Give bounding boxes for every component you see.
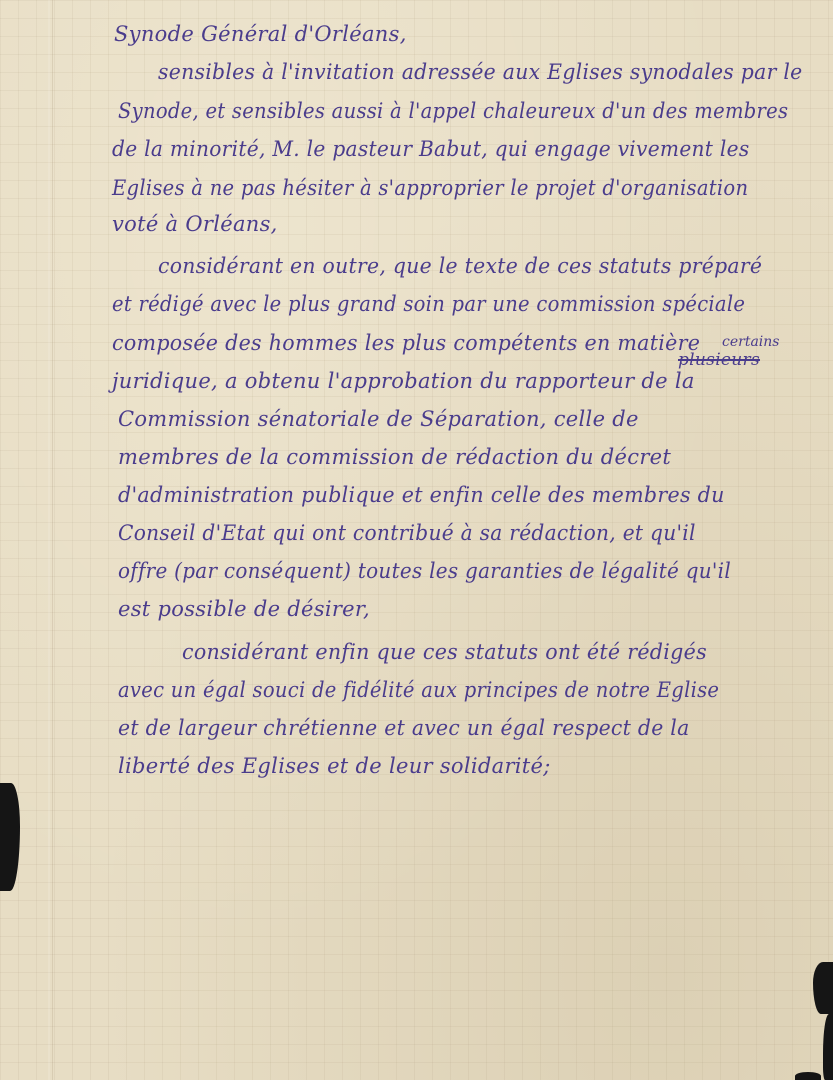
text-line: Synode Général d'Orléans, bbox=[114, 22, 407, 46]
text-line: voté à Orléans, bbox=[112, 212, 278, 236]
text-line: est possible de désirer, bbox=[118, 597, 370, 621]
text-line: juridique, a obtenu l'approbation du rap… bbox=[112, 369, 695, 393]
text-line: Conseil d'Etat qui ont contribué à sa ré… bbox=[118, 521, 696, 545]
handwritten-text: Synode Général d'Orléans, sensibles à l'… bbox=[0, 0, 833, 1080]
text-line: offre (par conséquent) toutes les garant… bbox=[118, 559, 731, 583]
text-line: avec un égal souci de fidélité aux princ… bbox=[118, 678, 719, 702]
text-line: d'administration publique et enfin celle… bbox=[118, 483, 725, 507]
text-line: liberté des Eglises et de leur solidarit… bbox=[118, 754, 551, 778]
struck-word: plusieurs bbox=[678, 350, 760, 370]
text-line: Synode, et sensibles aussi à l'appel cha… bbox=[118, 99, 788, 123]
text-line: sensibles à l'invitation adressée aux Eg… bbox=[158, 60, 803, 84]
text-line: considérant enfin que ces statuts ont ét… bbox=[182, 640, 707, 664]
text-line: membres de la commission de rédaction du… bbox=[118, 445, 671, 469]
text-line: considérant en outre, que le texte de ce… bbox=[158, 254, 762, 278]
text-line: et de largeur chrétienne et avec un égal… bbox=[118, 716, 690, 740]
text-line: de la minorité, M. le pasteur Babut, qui… bbox=[112, 137, 749, 161]
inserted-correction: certains bbox=[722, 334, 779, 350]
manuscript-page: Synode Général d'Orléans, sensibles à l'… bbox=[0, 0, 833, 1080]
text-line: Eglises à ne pas hésiter à s'approprier … bbox=[112, 176, 748, 200]
text-line: Commission sénatoriale de Séparation, ce… bbox=[118, 407, 639, 431]
text-line: et rédigé avec le plus grand soin par un… bbox=[112, 292, 745, 316]
text-line: composée des hommes les plus compétents … bbox=[112, 331, 700, 355]
